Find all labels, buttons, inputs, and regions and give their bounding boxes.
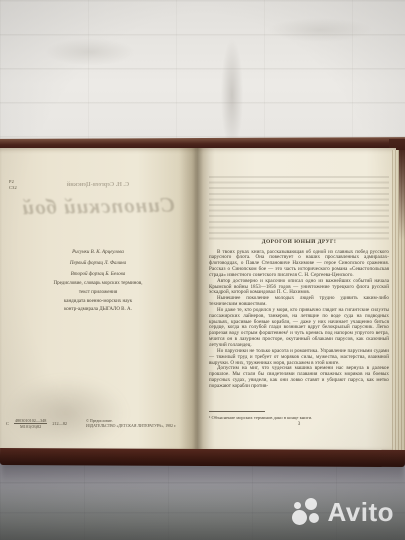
imprint-code-suffix: 212—82 bbox=[52, 421, 67, 426]
page-number: 3 bbox=[209, 422, 389, 427]
illustration-credits: Рисунки В. К. Арцеулова Первый форзац Л.… bbox=[0, 247, 196, 280]
preface-paragraph-2: Автор достоверно и красочно описал одно … bbox=[209, 279, 389, 297]
preface-paragraph-6: Допустим на миг, что чудесная машина вре… bbox=[209, 366, 389, 389]
preface-text-column: ДОРОГОЙ ЮНЫЙ ДРУГ! В твоих руках книга, … bbox=[209, 239, 389, 408]
avito-logo-dot-large bbox=[292, 510, 307, 525]
imprint-block: С 4803010102—348 М101(03)82 212—82 © Пре… bbox=[6, 418, 196, 429]
credit-endpaper-1: Первый форзац Л. Фалина bbox=[0, 258, 196, 269]
left-page: Р2 С32 С. Н. Сергеев-Ценский Синопский б… bbox=[0, 148, 196, 452]
avito-logo-dot-medium bbox=[305, 498, 317, 510]
preface-paragraph-4: Но даже те, кто родился у моря, кто прив… bbox=[209, 308, 389, 349]
footnote-text: ¹ Объяснение морских терминов дано в кон… bbox=[209, 415, 389, 420]
cover-edge-sliver bbox=[399, 150, 405, 240]
showthrough-text-lines bbox=[209, 176, 389, 240]
book-gutter bbox=[179, 148, 215, 452]
preface-line-4: контр-адмирала ДЫГАЛО В. А. bbox=[0, 306, 196, 315]
footnote-block: ¹ Объяснение морских терминов дано в кон… bbox=[209, 411, 389, 420]
avito-logo-dot-bottom bbox=[309, 513, 319, 523]
preface-line-2: текст приложения bbox=[0, 289, 196, 298]
imprint-code-fraction: 4803010102—348 М101(03)82 bbox=[14, 418, 47, 429]
book-cover-bottom-edge bbox=[0, 448, 405, 467]
preface-heading: ДОРОГОЙ ЮНЫЙ ДРУГ! bbox=[209, 239, 389, 245]
avito-watermark: Avito bbox=[292, 498, 394, 526]
right-page: ДОРОГОЙ ЮНЫЙ ДРУГ! В твоих руках книга, … bbox=[196, 148, 396, 452]
showthrough-book-title: Синопский бой bbox=[5, 192, 191, 220]
avito-logo-dot-small bbox=[294, 502, 301, 509]
copyright-block: © Предисловие. ИЗДАТЕЛЬСТВО «ДЕТСКАЯ ЛИТ… bbox=[86, 419, 176, 429]
publisher-line: ИЗДАТЕЛЬСТВО «ДЕТСКАЯ ЛИТЕРАТУРА», 1982 … bbox=[86, 424, 176, 429]
preface-line-1: Предисловие, словарь морских терминов, bbox=[0, 280, 196, 289]
preface-paragraph-5: Но парусники не только красота и романти… bbox=[209, 349, 389, 367]
avito-logo-icon bbox=[292, 498, 322, 526]
book-product-photo: Р2 С32 С. Н. Сергеев-Ценский Синопский б… bbox=[0, 0, 405, 540]
preface-paragraph-1: В твоих руках книга, рассказывающая об о… bbox=[209, 250, 389, 279]
footnote-rule bbox=[209, 411, 265, 412]
credit-artist: Рисунки В. К. Арцеулова bbox=[0, 247, 196, 258]
showthrough-illustration-blotch bbox=[0, 358, 160, 458]
showthrough-author-line: С. Н. Сергеев-Ценский bbox=[8, 182, 188, 188]
avito-watermark-text: Avito bbox=[327, 499, 394, 525]
imprint-code-denominator: М101(03)82 bbox=[14, 424, 47, 429]
credit-endpaper-2: Второй форзац Б. Белова bbox=[0, 269, 196, 280]
imprint-prefix: С bbox=[6, 421, 9, 426]
preface-line-3: кандидата военно-морских наук bbox=[0, 298, 196, 307]
white-brick-wall-top bbox=[0, 0, 405, 152]
open-book: Р2 С32 С. Н. Сергеев-Ценский Синопский б… bbox=[0, 136, 405, 468]
preface-credit-block: Предисловие, словарь морских терминов, т… bbox=[0, 280, 196, 315]
